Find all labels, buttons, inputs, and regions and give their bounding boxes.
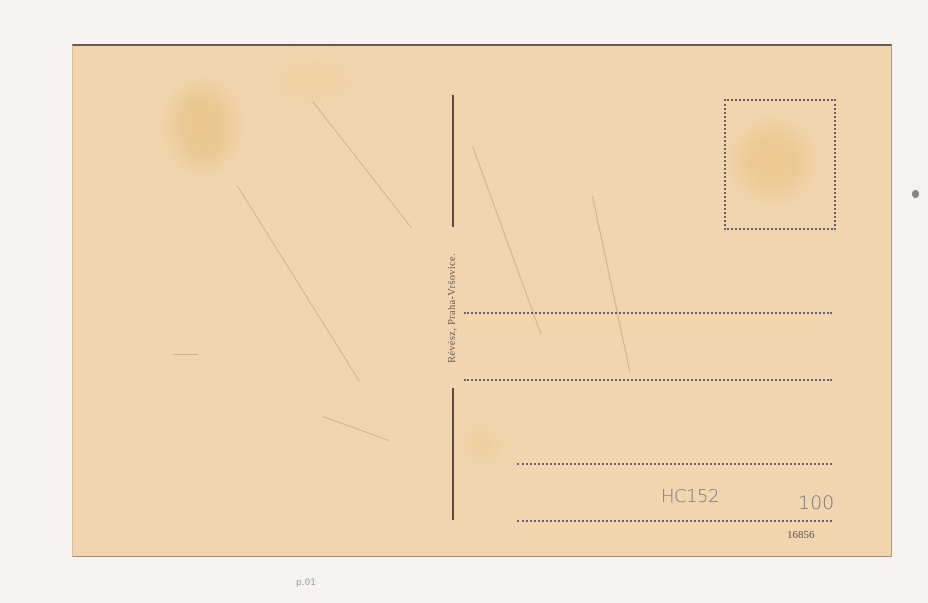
- postcard-back: Révész, Praha-Vršovice. HC152 100 16856: [72, 44, 892, 557]
- ink-spot: [912, 190, 919, 198]
- publisher-imprint: Révész, Praha-Vršovice.: [447, 228, 459, 388]
- scratch: [312, 101, 411, 228]
- address-line-4: [517, 520, 832, 522]
- stain-top-mid: [273, 61, 353, 101]
- scratch: [592, 196, 630, 372]
- margin-mark: p.01: [296, 578, 316, 588]
- stamp-box: [724, 99, 836, 230]
- scratch: [237, 186, 360, 382]
- divider-line-top: [452, 95, 454, 227]
- address-line-2: [464, 379, 832, 381]
- stain-bottom: [468, 431, 496, 459]
- stain-top-left: [173, 86, 233, 166]
- divider-line-bottom: [452, 388, 454, 520]
- serial-number: 16856: [787, 529, 815, 541]
- scratch: [323, 416, 389, 441]
- scratch: [472, 146, 541, 334]
- address-line-3: [517, 463, 832, 465]
- handwritten-price: 100: [798, 492, 834, 514]
- handwritten-code: HC152: [661, 486, 719, 507]
- scratch: [173, 354, 198, 355]
- address-line-1: [464, 312, 832, 314]
